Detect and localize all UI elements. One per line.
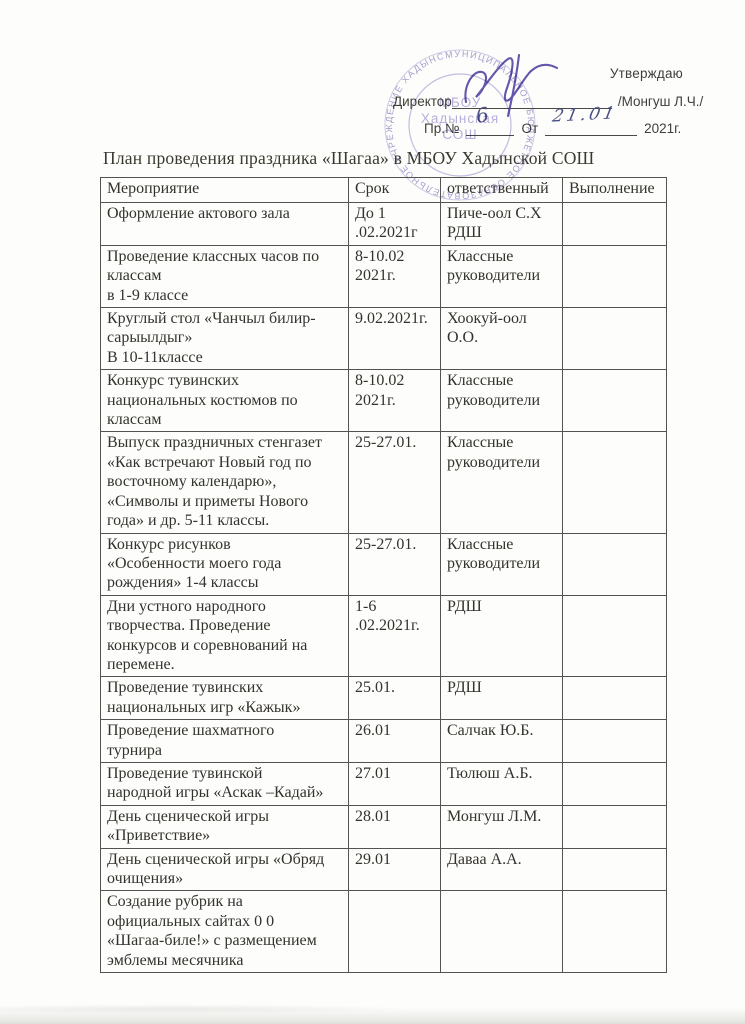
handwritten-order-date: 21.01 [551,103,619,126]
date-cell [349,891,441,973]
responsible-cell: РДШ [441,677,563,720]
event-cell: Создание рубрик на официальных сайтах 0 … [101,891,349,973]
date-cell: 29.01 [349,848,441,891]
date-cell: 26.01 [349,720,441,763]
table-row: День сценической игры «Обряд очищения» 2… [101,848,667,891]
scanner-edge-shadow [0,1008,745,1024]
event-cell: Проведение классных часов по классам в 1… [101,245,349,307]
event-cell: Проведение шахматного турнира [101,720,349,763]
year-label: 2021г. [644,121,681,136]
responsible-cell: Тюлюш А.Б. [441,762,563,805]
responsible-cell: Пиче-оол С.Х РДШ [441,203,563,246]
table-row: Проведение шахматного турнира 26.01 Салч… [101,720,667,763]
responsible-cell: Классные руководители [441,533,563,595]
table-row: Оформление актового зала До 1 .02.2021г … [101,203,667,246]
event-cell: Дни устного народного творчества. Провед… [101,595,349,677]
event-cell: Оформление актового зала [101,203,349,246]
done-cell [563,245,667,307]
table-row: Проведение тувинских национальных игр «К… [101,677,667,720]
plan-table: Мероприятие Срок ответственный Выполнени… [100,177,667,973]
from-label: От [521,121,538,136]
responsible-cell: Салчак Ю.Б. [441,720,563,763]
date-cell: 1-6 .02.2021г. [349,595,441,677]
event-cell: Проведение тувинских национальных игр «К… [101,677,349,720]
header-cell-event: Мероприятие [101,178,349,203]
event-cell: Выпуск праздничных стенгазет «Как встреч… [101,432,349,533]
table-row: Конкурс тувинских национальных костюмов … [101,370,667,432]
done-cell [563,595,667,677]
responsible-cell: Хоокуй-оол О.О. [441,308,563,370]
responsible-cell [441,891,563,973]
date-cell: 27.01 [349,762,441,805]
header-cell-responsible: ответственный [441,178,563,203]
header-cell-date: Срок [349,178,441,203]
done-cell [563,848,667,891]
done-cell [563,308,667,370]
event-cell: День сценической игры «Приветствие» [101,805,349,848]
date-cell: 9.02.2021г. [349,308,441,370]
header-cell-done: Выполнение [563,178,667,203]
table-row: Круглый стол «Чанчыл билир- сарыылдыг» В… [101,308,667,370]
event-cell: Круглый стол «Чанчыл билир- сарыылдыг» В… [101,308,349,370]
responsible-cell: Классные руководители [441,245,563,307]
responsible-cell: РДШ [441,595,563,677]
date-cell: 8-10.02 2021г. [349,245,441,307]
table-row: Проведение классных часов по классам в 1… [101,245,667,307]
table-row: Проведение тувинской народной игры «Аска… [101,762,667,805]
director-name: /Монгуш Л.Ч./ [618,94,703,109]
table-header-row: Мероприятие Срок ответственный Выполнени… [101,178,667,203]
event-cell: Конкурс рисунков «Особенности моего года… [101,533,349,595]
scanned-document-page: { "approval": { "approve_label": "Утверж… [0,0,745,1024]
page-title: План проведения праздника «Шагаа» в МБОУ… [103,148,594,169]
event-cell: День сценической игры «Обряд очищения» [101,848,349,891]
event-cell: Конкурс тувинских национальных костюмов … [101,370,349,432]
done-cell [563,533,667,595]
done-cell [563,370,667,432]
table-row: День сценической игры «Приветствие» 28.0… [101,805,667,848]
responsible-cell: Монгуш Л.М. [441,805,563,848]
done-cell [563,720,667,763]
date-cell: 25.01. [349,677,441,720]
event-cell: Проведение тувинской народной игры «Аска… [101,762,349,805]
table-row: Создание рубрик на официальных сайтах 0 … [101,891,667,973]
done-cell [563,432,667,533]
date-cell: 25-27.01. [349,432,441,533]
approval-block: Утверждаю Директор /Монгуш Л.Ч./ Пр.№ 6 … [0,0,745,150]
done-cell [563,203,667,246]
date-cell: 8-10.02 2021г. [349,370,441,432]
date-cell: До 1 .02.2021г [349,203,441,246]
director-line: Директор /Монгуш Л.Ч./ [393,94,703,109]
director-label: Директор [393,94,452,109]
done-cell [563,762,667,805]
responsible-cell: Классные руководители [441,432,563,533]
order-label: Пр.№ [424,121,459,136]
responsible-cell: Классные руководители [441,370,563,432]
done-cell [563,677,667,720]
date-cell: 28.01 [349,805,441,848]
order-number-blank: 6 [466,121,514,136]
order-date-blank: 21.01 [545,121,637,136]
date-cell: 25-27.01. [349,533,441,595]
approve-label: Утверждаю [610,66,683,81]
table-row: Конкурс рисунков «Особенности моего года… [101,533,667,595]
responsible-cell: Даваа А.А. [441,848,563,891]
table-row: Дни устного народного творчества. Провед… [101,595,667,677]
done-cell [563,805,667,848]
order-line: Пр.№ 6 От 21.01 2021г. [424,121,681,136]
done-cell [563,891,667,973]
table-row: Выпуск праздничных стенгазет «Как встреч… [101,432,667,533]
